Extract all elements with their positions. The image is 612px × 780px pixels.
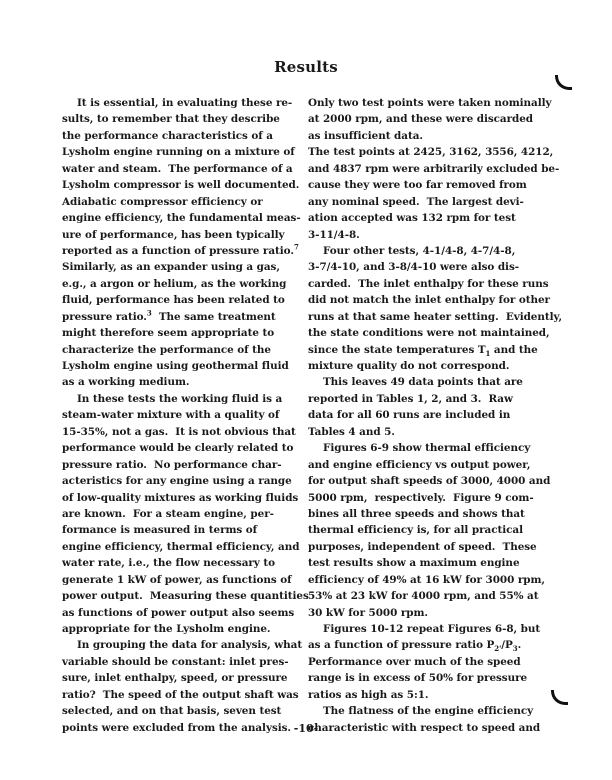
line-text: 3-11/4-8.	[308, 229, 360, 241]
line-text: reported in Tables 1, 2, and 3. Raw	[308, 393, 513, 405]
line-text: formance is measured in terms of	[62, 524, 257, 536]
line-text: might therefore seem appropriate to	[62, 327, 274, 339]
text-line: e.g., a argon or helium, as the working	[62, 276, 312, 292]
text-line: purposes, independent of speed. These	[308, 539, 568, 555]
line-text: engine efficiency, thermal efficiency, a…	[62, 541, 299, 553]
line-text: generate 1 kW of power, as functions of	[62, 574, 292, 586]
text-line: runs at that same heater setting. Eviden…	[308, 309, 568, 325]
page-title: Results	[0, 58, 612, 76]
line-text: This leaves 49 data points that are	[323, 376, 523, 388]
line-text: power output. Measuring these quantities	[62, 590, 309, 602]
text-line: range is in excess of 50% for pressure	[308, 670, 568, 686]
line-text: thermal efficiency is, for all practical	[308, 524, 523, 536]
line-text: pressure ratio. No performance char-	[62, 459, 282, 471]
line-text: the state conditions were not maintained…	[308, 327, 550, 339]
text-line: fluid, performance has been related to	[62, 292, 312, 308]
text-line: thermal efficiency is, for all practical	[308, 522, 568, 538]
line-text-mid: /P	[501, 639, 513, 651]
line-text: fluid, performance has been related to	[62, 294, 285, 306]
text-line: selected, and on that basis, seven test	[62, 703, 312, 719]
text-line: mixture quality do not correspond.	[308, 358, 568, 374]
line-text: Figures 6-9 show thermal efficiency	[323, 442, 530, 454]
line-text: as a working medium.	[62, 376, 189, 388]
text-line: Lysholm compressor is well documented.	[62, 177, 312, 193]
line-text: Lysholm engine running on a mixture of	[62, 146, 295, 158]
text-line: since the state temperatures T1 and the	[308, 342, 568, 358]
text-line: Figures 10-12 repeat Figures 6-8, but	[308, 621, 568, 637]
text-line: 30 kW for 5000 rpm.	[308, 605, 568, 621]
text-line: the performance characteristics of a	[62, 128, 312, 144]
right-column: Only two test points were taken nominall…	[308, 95, 568, 736]
line-text: range is in excess of 50% for pressure	[308, 672, 527, 684]
text-line: and engine efficiency vs output power,	[308, 457, 568, 473]
text-line: steam-water mixture with a quality of	[62, 407, 312, 423]
line-text: for output shaft speeds of 3000, 4000 an…	[308, 475, 550, 487]
text-line: might therefore seem appropriate to	[62, 325, 312, 341]
text-line: generate 1 kW of power, as functions of	[62, 572, 312, 588]
text-line: sults, to remember that they describe	[62, 111, 312, 127]
line-text: In grouping the data for analysis, what	[77, 639, 302, 651]
left-column: It is essential, in evaluating these re-…	[62, 95, 312, 736]
line-text: pressure ratio.	[62, 311, 147, 323]
text-line: This leaves 49 data points that are	[308, 374, 568, 390]
text-line: sure, inlet enthalpy, speed, or pressure	[62, 670, 312, 686]
text-line: data for all 60 runs are included in	[308, 407, 568, 423]
line-text: ure of performance, has been typically	[62, 229, 285, 241]
text-line: characterize the performance of the	[62, 342, 312, 358]
text-line: Only two test points were taken nominall…	[308, 95, 568, 111]
line-text: steam-water mixture with a quality of	[62, 409, 279, 421]
line-text: are known. For a steam engine, per-	[62, 508, 274, 520]
text-line: appropriate for the Lysholm engine.	[62, 621, 312, 637]
line-text: It is essential, in evaluating these re-	[77, 97, 292, 109]
line-text: variable should be constant: inlet pres-	[62, 656, 289, 668]
text-line: and 4837 rpm were arbitrarily excluded b…	[308, 161, 568, 177]
line-text: Adiabatic compressor efficiency or	[62, 196, 263, 208]
line-text: water and steam. The performance of a	[62, 163, 293, 175]
line-text: mixture quality do not correspond.	[308, 360, 509, 372]
line-text: e.g., a argon or helium, as the working	[62, 278, 286, 290]
line-text: ratios as high as 5:1.	[308, 689, 429, 701]
line-text: reported as a function of pressure ratio…	[62, 245, 294, 257]
text-line: as functions of power output also seems	[62, 605, 312, 621]
line-text: Four other tests, 4-1/4-8, 4-7/4-8,	[323, 245, 515, 257]
text-line: formance is measured in terms of	[62, 522, 312, 538]
text-line: efficiency of 49% at 16 kW for 3000 rpm,	[308, 572, 568, 588]
text-line: pressure ratio.3 The same treatment	[62, 309, 312, 325]
text-line: water rate, i.e., the flow necessary to	[62, 555, 312, 571]
line-text: engine efficiency, the fundamental meas-	[62, 212, 301, 224]
line-text: test results show a maximum engine	[308, 557, 520, 569]
text-line: 3-11/4-8.	[308, 227, 568, 243]
text-line: ure of performance, has been typically	[62, 227, 312, 243]
text-line: Four other tests, 4-1/4-8, 4-7/4-8,	[308, 243, 568, 259]
text-line: 3-7/4-10, and 3-8/4-10 were also dis-	[308, 259, 568, 275]
line-text: of low-quality mixtures as working fluid…	[62, 492, 298, 504]
text-line: water and steam. The performance of a	[62, 161, 312, 177]
text-line: Tables 4 and 5.	[308, 424, 568, 440]
line-text: 3-7/4-10, and 3-8/4-10 were also dis-	[308, 261, 519, 273]
line-text: Only two test points were taken nominall…	[308, 97, 552, 109]
text-line: as a function of pressure ratio P2'/P3.	[308, 637, 568, 653]
line-text: ation accepted was 132 rpm for test	[308, 212, 516, 224]
line-text: appropriate for the Lysholm engine.	[62, 623, 270, 635]
line-text: sults, to remember that they describe	[62, 113, 280, 125]
line-text: at 2000 rpm, and these were discarded	[308, 113, 533, 125]
crop-mark-icon	[555, 75, 572, 90]
line-text: Lysholm compressor is well documented.	[62, 179, 299, 191]
line-text: runs at that same heater setting. Eviden…	[308, 311, 562, 323]
text-line: test results show a maximum engine	[308, 555, 568, 571]
text-line: power output. Measuring these quantities	[62, 588, 312, 604]
line-text: selected, and on that basis, seven test	[62, 705, 281, 717]
line-text-after: The same treatment	[152, 311, 276, 323]
text-line: cause they were too far removed from	[308, 177, 568, 193]
text-line: as insufficient data.	[308, 128, 568, 144]
line-text: Performance over much of the speed	[308, 656, 521, 668]
text-line: variable should be constant: inlet pres-	[62, 654, 312, 670]
text-line: bines all three speeds and shows that	[308, 506, 568, 522]
line-text-after: and the	[490, 344, 537, 356]
text-line: ratio? The speed of the output shaft was	[62, 687, 312, 703]
line-text: ratio? The speed of the output shaft was	[62, 689, 299, 701]
text-line: The flatness of the engine efficiency	[308, 703, 568, 719]
footnote-ref: 7	[294, 242, 299, 251]
line-text: any nominal speed. The largest devi-	[308, 196, 524, 208]
text-line: reported as a function of pressure ratio…	[62, 243, 312, 259]
line-text: Figures 10-12 repeat Figures 6-8, but	[323, 623, 540, 635]
text-line: reported in Tables 1, 2, and 3. Raw	[308, 391, 568, 407]
line-text: sure, inlet enthalpy, speed, or pressure	[62, 672, 288, 684]
line-text: acteristics for any engine using a range	[62, 475, 292, 487]
text-line: In grouping the data for analysis, what	[62, 637, 312, 653]
text-line: Performance over much of the speed	[308, 654, 568, 670]
line-text: 5000 rpm, respectively. Figure 9 com-	[308, 492, 534, 504]
line-text: 15-35%, not a gas. It is not obvious tha…	[62, 426, 296, 438]
text-line: Similarly, as an expander using a gas,	[62, 259, 312, 275]
text-line: did not match the inlet enthalpy for oth…	[308, 292, 568, 308]
text-line: carded. The inlet enthalpy for these run…	[308, 276, 568, 292]
line-text: performance would be clearly related to	[62, 442, 293, 454]
line-text: water rate, i.e., the flow necessary to	[62, 557, 275, 569]
line-text: the performance characteristics of a	[62, 130, 273, 142]
text-line: Figures 6-9 show thermal efficiency	[308, 440, 568, 456]
text-line: The test points at 2425, 3162, 3556, 421…	[308, 144, 568, 160]
line-text: as a function of pressure ratio P	[308, 639, 494, 651]
line-text: 53% at 23 kW for 4000 rpm, and 55% at	[308, 590, 538, 602]
line-text: characterize the performance of the	[62, 344, 271, 356]
line-text: cause they were too far removed from	[308, 179, 527, 191]
line-text: 30 kW for 5000 rpm.	[308, 607, 428, 619]
text-line: are known. For a steam engine, per-	[62, 506, 312, 522]
line-text: since the state temperatures T	[308, 344, 486, 356]
line-text: and engine efficiency vs output power,	[308, 459, 530, 471]
text-line: for output shaft speeds of 3000, 4000 an…	[308, 473, 568, 489]
text-line: of low-quality mixtures as working fluid…	[62, 490, 312, 506]
text-line: In these tests the working fluid is a	[62, 391, 312, 407]
text-line: 15-35%, not a gas. It is not obvious tha…	[62, 424, 312, 440]
line-text: did not match the inlet enthalpy for oth…	[308, 294, 550, 306]
text-line: any nominal speed. The largest devi-	[308, 194, 568, 210]
line-text: carded. The inlet enthalpy for these run…	[308, 278, 549, 290]
line-text: purposes, independent of speed. These	[308, 541, 537, 553]
text-line: performance would be clearly related to	[62, 440, 312, 456]
text-line: pressure ratio. No performance char-	[62, 457, 312, 473]
line-text: The test points at 2425, 3162, 3556, 421…	[308, 146, 553, 158]
text-line: engine efficiency, thermal efficiency, a…	[62, 539, 312, 555]
text-line: as a working medium.	[62, 374, 312, 390]
text-line: acteristics for any engine using a range	[62, 473, 312, 489]
line-text: data for all 60 runs are included in	[308, 409, 510, 421]
text-line: Adiabatic compressor efficiency or	[62, 194, 312, 210]
page-number: -10-	[0, 722, 612, 735]
line-text: as insufficient data.	[308, 130, 423, 142]
line-text: Lysholm engine using geothermal fluid	[62, 360, 289, 372]
text-line: Lysholm engine running on a mixture of	[62, 144, 312, 160]
line-text: Tables 4 and 5.	[308, 426, 395, 438]
line-text: as functions of power output also seems	[62, 607, 294, 619]
line-text: and 4837 rpm were arbitrarily excluded b…	[308, 163, 559, 175]
line-text: Similarly, as an expander using a gas,	[62, 261, 280, 273]
text-line: Lysholm engine using geothermal fluid	[62, 358, 312, 374]
text-line: 5000 rpm, respectively. Figure 9 com-	[308, 490, 568, 506]
text-line: engine efficiency, the fundamental meas-	[62, 210, 312, 226]
text-line: It is essential, in evaluating these re-	[62, 95, 312, 111]
text-line: at 2000 rpm, and these were discarded	[308, 111, 568, 127]
line-text: efficiency of 49% at 16 kW for 3000 rpm,	[308, 574, 545, 586]
text-line: 53% at 23 kW for 4000 rpm, and 55% at	[308, 588, 568, 604]
text-line: the state conditions were not maintained…	[308, 325, 568, 341]
line-text: bines all three speeds and shows that	[308, 508, 525, 520]
line-text-after: .	[518, 639, 522, 651]
text-line: ratios as high as 5:1.	[308, 687, 568, 703]
text-line: ation accepted was 132 rpm for test	[308, 210, 568, 226]
line-text: The flatness of the engine efficiency	[323, 705, 533, 717]
line-text: In these tests the working fluid is a	[77, 393, 282, 405]
